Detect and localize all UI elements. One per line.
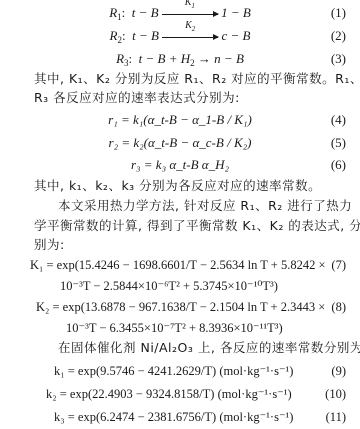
paragraph-4: 在固体催化剂 Ni/Al₂O₃ 上, 各反应的速率常数分别为[14]:	[58, 339, 360, 357]
equation-text: K₁ = exp(15.4246 − 1698.6601/T − 2.5634 …	[30, 258, 326, 272]
paragraph-1-line-1: 其中, K₁、K₂ 分别为反应 R₁、R₂ 对应的平衡常数。R₁、R₂、	[34, 70, 360, 88]
paragraph-3-line-3: 别为:	[34, 236, 360, 254]
reaction-symbol: R	[116, 51, 124, 66]
rate-constant-9: k₁ = exp(9.5746 − 4241.2629/T) (mol·kg⁻¹…	[54, 362, 360, 380]
separator: :	[129, 51, 133, 66]
product: → n − B	[198, 51, 244, 66]
reaction-arrow-icon: K2	[162, 27, 218, 45]
rate-equation-5: r₂ = k₂(α_t-B − α_c-B / K₂) (5)	[0, 134, 360, 152]
equation-number: (8)	[331, 298, 346, 316]
paragraph-1-line-2: R₃ 各反应对应的速率表达式分别为:	[34, 89, 360, 107]
paragraph-3-line-1: 本文采用热力学方法, 针对反应 R₁、R₂ 进行了热力	[58, 197, 360, 215]
equation-text: r₃ = k₃ α_t-B α_H₂	[131, 157, 229, 172]
equilibrium-equation-8: K₂ = exp(13.6878 − 967.1638/T − 2.1504 l…	[36, 298, 360, 316]
equation-number: (2)	[331, 27, 346, 45]
equation-text: r₁ = k₁(α_t-B − α_1-B / K₁)	[108, 112, 252, 127]
reaction-symbol: R	[109, 5, 117, 20]
rate-constant-10: k₂ = exp(22.4903 − 9324.8158/T) (mol·kg⁻…	[46, 385, 360, 403]
equation-number: (9)	[331, 362, 346, 380]
separator: :	[122, 28, 126, 43]
reaction-symbol: R	[110, 28, 118, 43]
rate-constant-11: k₃ = exp(6.2474 − 2381.6756/T) (mol·kg⁻¹…	[54, 408, 360, 426]
equation-text: r₂ = k₂(α_t-B − α_c-B / K₂)	[109, 135, 252, 150]
reactant: t − B	[132, 28, 159, 43]
equation-text: k₂ = exp(22.4903 − 9324.8158/T) (mol·kg⁻…	[46, 387, 292, 401]
reaction-r2: R2: t − B K2 c − B (2)	[0, 27, 360, 45]
equilibrium-equation-7: K₁ = exp(15.4246 − 1698.6601/T − 2.5634 …	[30, 256, 360, 274]
equation-number: (10)	[325, 385, 346, 403]
paragraph-3-line-2: 学平衡常数的计算, 得到了平衡常数 K₁、K₂ 的表达式, 分	[34, 217, 360, 235]
rate-equation-4: r₁ = k₁(α_t-B − α_1-B / K₁) (4)	[0, 111, 360, 129]
equation-number: (4)	[331, 111, 346, 129]
equation-number: (3)	[331, 50, 346, 68]
rate-equation-6: r₃ = k₃ α_t-B α_H₂ (6)	[0, 156, 360, 174]
equilibrium-equation-8-cont: 10⁻³T − 6.3455×10⁻⁷T² + 8.3936×10⁻¹¹T³)	[66, 319, 360, 337]
product: 1 − B	[221, 5, 251, 20]
equation-number: (6)	[331, 156, 346, 174]
separator: :	[122, 5, 126, 20]
paragraph-2: 其中, k₁、k₂、k₃ 分别为各反应对应的速率常数。	[34, 177, 360, 195]
equation-number: (7)	[331, 256, 346, 274]
reaction-r3: R3: t − B + H2 → n − B (3)	[0, 50, 360, 68]
reactant: t − B	[132, 5, 159, 20]
equation-text: K₂ = exp(13.6878 − 967.1638/T − 2.1504 l…	[36, 300, 325, 314]
equation-number: (1)	[331, 4, 346, 22]
equation-text: k₁ = exp(9.5746 − 4241.2629/T) (mol·kg⁻¹…	[54, 364, 293, 378]
equation-number: (11)	[326, 408, 346, 426]
equation-number: (5)	[331, 134, 346, 152]
equation-text: k₃ = exp(6.2474 − 2381.6756/T) (mol·kg⁻¹…	[54, 410, 293, 424]
product: c − B	[221, 28, 250, 43]
reactant: t − B + H	[139, 51, 191, 66]
equilibrium-equation-7-cont: 10⁻³T − 2.5844×10⁻⁶T² + 5.3745×10⁻¹⁰T³)	[60, 277, 360, 295]
